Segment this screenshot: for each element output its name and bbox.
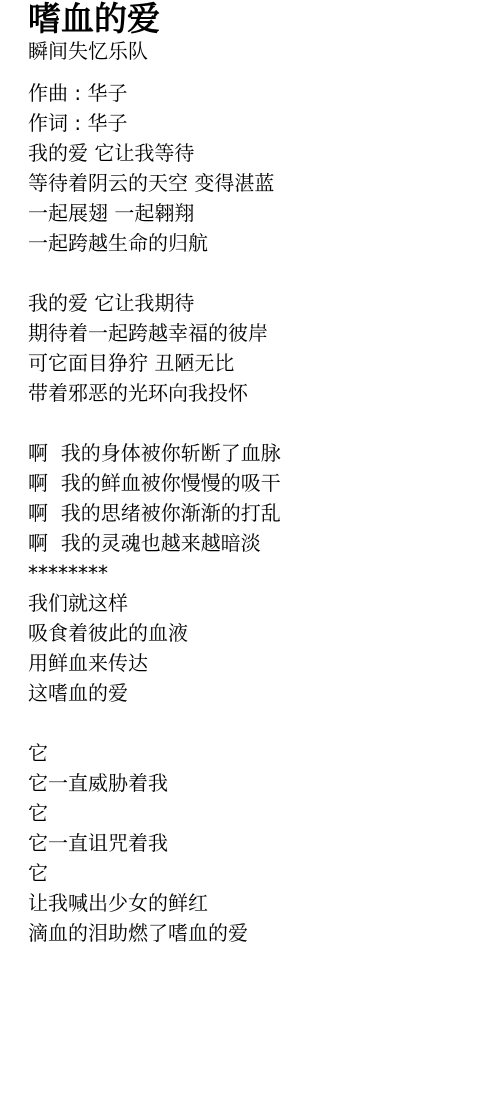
lyric-line: 啊 我的鲜血被你慢慢的吸干 (28, 468, 480, 498)
lyrics: 作曲 : 华子作词 : 华子我的爱 它让我等待等待着阴云的天空 变得湛蓝一起展翅… (28, 78, 480, 948)
lyric-line: 可它面目狰狞 丑陋无比 (28, 348, 480, 378)
lyric-line: 期待着一起跨越幸福的彼岸 (28, 318, 480, 348)
lyric-line: 带着邪恶的光环向我投怀 (28, 378, 480, 408)
lyric-line: 作词 : 华子 (28, 108, 480, 138)
song-title: 嗜血的爱 (28, 0, 480, 38)
lyric-line: 它 (28, 798, 480, 828)
lyric-line: 我们就这样 (28, 588, 480, 618)
lyric-line: 它 (28, 738, 480, 768)
lyric-line: 一起展翅 一起翱翔 (28, 198, 480, 228)
lyric-line: 吸食着彼此的血液 (28, 618, 480, 648)
lyric-line: 我的爱 它让我期待 (28, 288, 480, 318)
lyric-line: 这嗜血的爱 (28, 678, 480, 708)
lyric-line: 我的爱 它让我等待 (28, 138, 480, 168)
lyric-line: 它一直诅咒着我 (28, 828, 480, 858)
lyric-line: 滴血的泪助燃了嗜血的爱 (28, 918, 480, 948)
lyric-line-blank (28, 708, 480, 738)
lyric-line: 啊 我的灵魂也越来越暗淡 (28, 528, 480, 558)
lyric-line: 作曲 : 华子 (28, 78, 480, 108)
artist-name: 瞬间失忆乐队 (28, 40, 480, 62)
lyric-line: ******** (28, 558, 480, 588)
lyric-line: 它 (28, 858, 480, 888)
lyric-line: 让我喊出少女的鲜红 (28, 888, 480, 918)
lyric-line: 啊 我的身体被你斩断了血脉 (28, 438, 480, 468)
lyric-line: 啊 我的思绪被你渐渐的打乱 (28, 498, 480, 528)
lyric-line: 用鲜血来传达 (28, 648, 480, 678)
lyrics-page: 嗜血的爱 瞬间失忆乐队 作曲 : 华子作词 : 华子我的爱 它让我等待等待着阴云… (0, 0, 500, 948)
lyric-line: 它一直威胁着我 (28, 768, 480, 798)
lyric-line: 等待着阴云的天空 变得湛蓝 (28, 168, 480, 198)
lyric-line-blank (28, 258, 480, 288)
lyric-line-blank (28, 408, 480, 438)
lyric-line: 一起跨越生命的归航 (28, 228, 480, 258)
